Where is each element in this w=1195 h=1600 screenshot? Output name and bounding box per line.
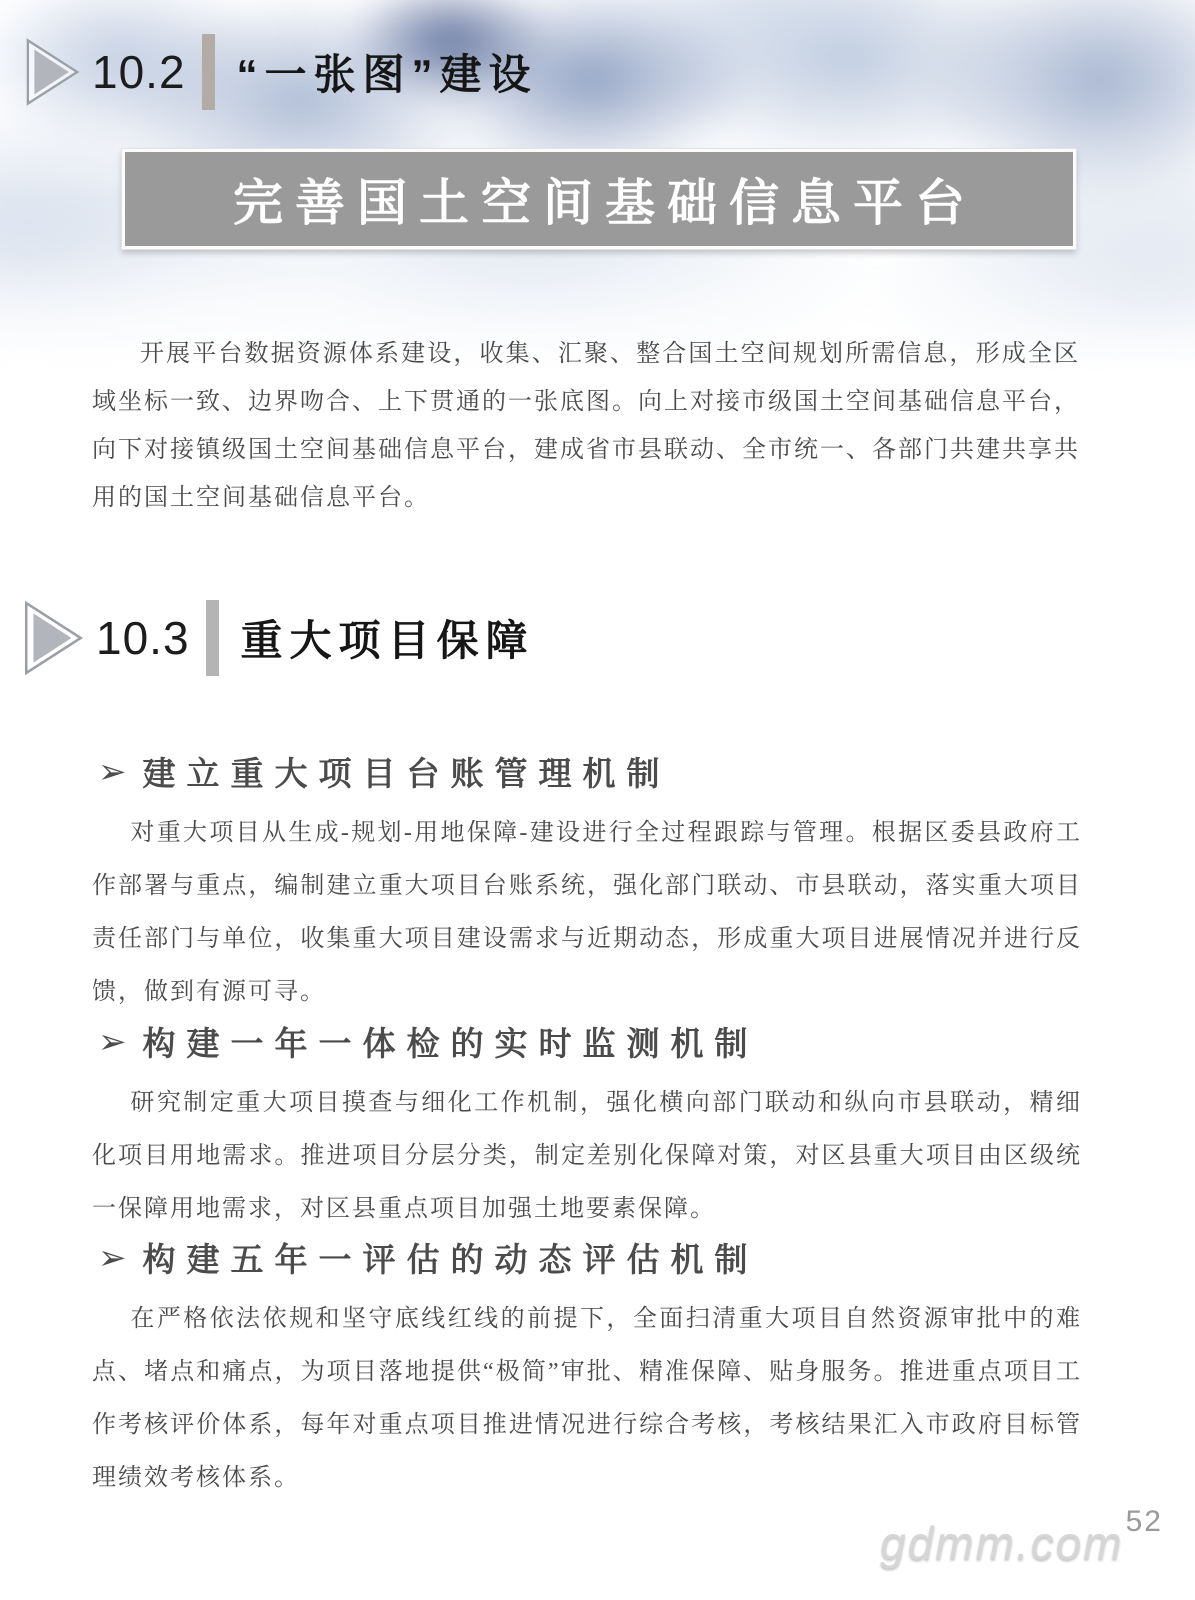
document-page: 10.2 “一张图”建设 完善国土空间基础信息平台 开展平台数据资源体系建设，收… <box>0 0 1195 1600</box>
section-bar-divider <box>202 34 215 110</box>
banner: 完善国土空间基础信息平台 <box>122 149 1076 249</box>
subsection-paragraph: 对重大项目从生成-规划-用地保障-建设进行全过程跟踪与管理。根据区委县政府工作部… <box>92 807 1082 1019</box>
subsection-title: 构建一年一体检的实时监测机制 <box>143 1018 759 1065</box>
arrowhead-bullet-icon: ➢ <box>98 755 127 789</box>
section-number: 10.3 <box>96 611 190 665</box>
section-bar-divider <box>206 600 219 676</box>
triangle-right-icon <box>26 38 80 106</box>
section-number: 10.2 <box>92 45 186 99</box>
subsection-taizhang: ➢ 建立重大项目台账管理机制 对重大项目从生成-规划-用地保障-建设进行全过程跟… <box>92 748 1082 1019</box>
subsection-jiance: ➢ 构建一年一体检的实时监测机制 研究制定重大项目摸查与细化工作机制，强化横向部… <box>92 1018 1082 1236</box>
arrowhead-bullet-icon: ➢ <box>98 1025 127 1059</box>
section-title: 重大项目保障 <box>241 608 535 668</box>
watermark: gdmm.com52 <box>880 1505 1163 1570</box>
subsection-heading-row: ➢ 构建一年一体检的实时监测机制 <box>92 1018 1082 1065</box>
triangle-right-icon <box>24 601 84 675</box>
subsection-pinggu: ➢ 构建五年一评估的动态评估机制 在严格依法依规和坚守底线红线的前提下，全面扫清… <box>92 1234 1082 1505</box>
subsection-heading-row: ➢ 构建五年一评估的动态评估机制 <box>92 1234 1082 1281</box>
subsection-paragraph: 在严格依法依规和坚守底线红线的前提下，全面扫清重大项目自然资源审批中的难点、堵点… <box>92 1293 1082 1505</box>
arrowhead-bullet-icon: ➢ <box>98 1241 127 1275</box>
page-number: 52 <box>1126 1505 1163 1538</box>
watermark-text: gdmm.com <box>880 1517 1123 1569</box>
section-header-10-2: 10.2 “一张图”建设 <box>26 34 538 110</box>
section-header-10-3: 10.3 重大项目保障 <box>24 600 535 676</box>
subsection-title: 建立重大项目台账管理机制 <box>143 748 671 795</box>
section-title: “一张图”建设 <box>237 42 538 102</box>
banner-title: 完善国土空间基础信息平台 <box>221 163 977 235</box>
subsection-title: 构建五年一评估的动态评估机制 <box>143 1234 759 1281</box>
section-10-2-paragraph: 开展平台数据资源体系建设，收集、汇聚、整合国土空间规划所需信息，形成全区域坐标一… <box>92 330 1080 522</box>
subsection-paragraph: 研究制定重大项目摸查与细化工作机制，强化横向部门联动和纵向市县联动，精细化项目用… <box>92 1077 1082 1236</box>
subsection-heading-row: ➢ 建立重大项目台账管理机制 <box>92 748 1082 795</box>
